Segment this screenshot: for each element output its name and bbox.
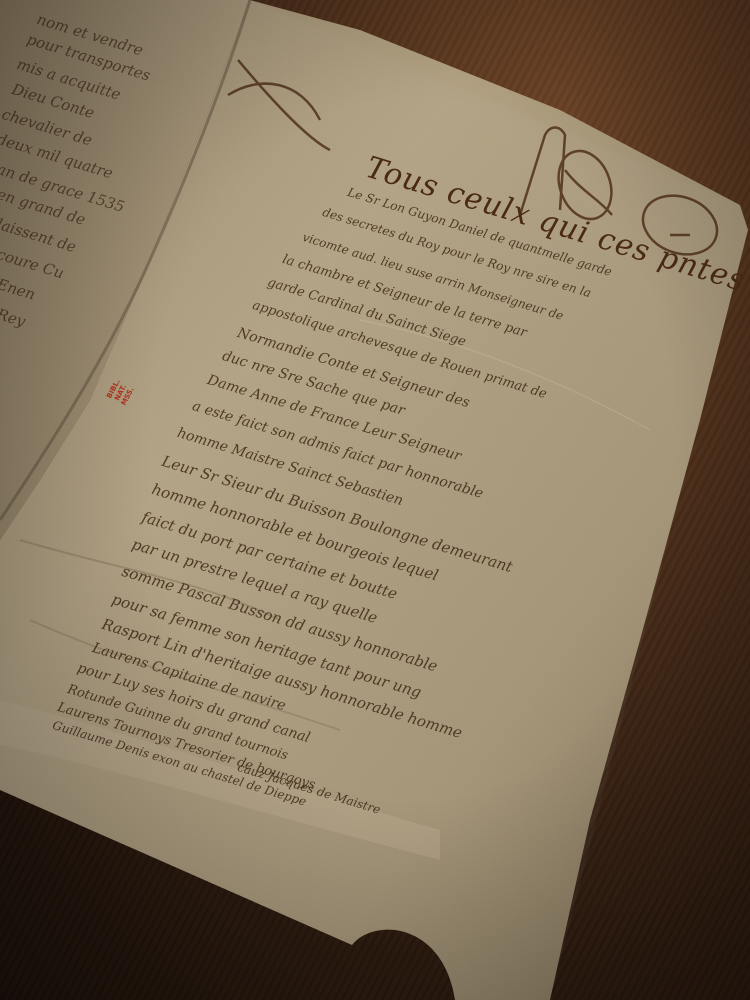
photo-scene: nom et vendre pour transportes mis a acq… (0, 0, 750, 1000)
